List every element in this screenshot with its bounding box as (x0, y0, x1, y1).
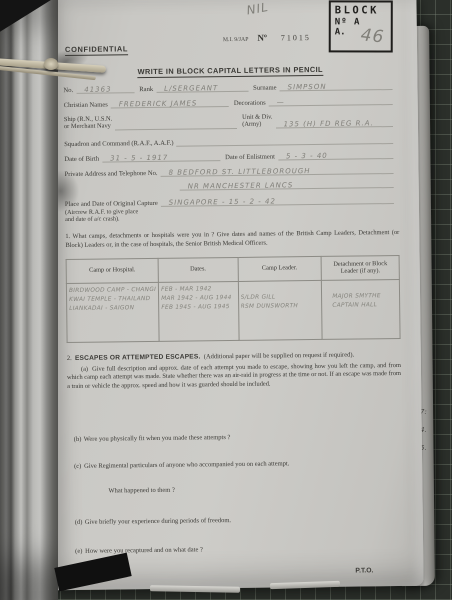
field-label-christian-names: Christian Names (64, 102, 108, 110)
field-value-decorations: — (277, 98, 285, 106)
camp-entry: LIANKADAI - SAIGON (69, 304, 156, 314)
paper-sliver (270, 581, 340, 589)
field-label-ship: Ship (R.N., U.S.N.or Merchant Navy (64, 115, 112, 130)
paper-sliver (150, 585, 240, 593)
form-row-identity: No. 41363 Rank L/SERGEANT Surname SIMPSO… (63, 81, 397, 94)
field-line-rank: L/SERGEANT (156, 83, 248, 93)
field-line-no: 41363 (76, 84, 134, 94)
form-number-label: Nº (257, 33, 267, 43)
question-2a: (a) Give full description and approx. da… (67, 362, 401, 392)
field-line-date-of-enlistment: 5 - 3 - 40 (278, 150, 393, 160)
field-value-rank: L/SERGEANT (164, 84, 218, 93)
field-value-date-of-enlistment: 5 - 3 - 40 (286, 152, 328, 161)
camp-table-header-detachment: Detachment or Block Leader (if any). (321, 255, 399, 280)
question-2c-followup: What happened to them ? (68, 483, 402, 494)
form-row-names: Christian Names FREDERICK JAMES Decorati… (64, 96, 398, 109)
field-label-surname: Surname (253, 84, 277, 91)
field-value-no: 41363 (84, 85, 111, 93)
field-line-decorations: — (269, 96, 393, 107)
camp-table-body-row: BIRDWOOD CAMP - CHANGI KWAI TEMPLE - THA… (66, 279, 400, 342)
detachment-leader-entry: CAPTAIN HALL (324, 301, 397, 311)
block-stamp-word: BLOCK (335, 4, 387, 16)
field-label-no: No. (63, 87, 73, 94)
field-line-surname: SIMPSON (280, 81, 393, 91)
field-label-unit-div: Unit & Div.(Army) (242, 114, 272, 129)
field-value-address-2: NR MANCHESTER LANCS (188, 181, 294, 190)
question-2d: (d) Give briefly your experience during … (69, 514, 403, 525)
field-line-ship (115, 120, 237, 130)
field-value-date-of-birth: 31 - 5 - 1917 (110, 154, 168, 163)
form-row-ship-unit: Ship (R.N., U.S.N.or Merchant Navy Unit … (64, 112, 398, 131)
capture-note: (Aircrew R.A.F. to give place and date o… (65, 205, 399, 225)
form-row-address: Private Address and Telephone No. 8 BEDF… (64, 165, 398, 178)
form-header: CONFIDENTIAL NIL M.I. 9/JAP Nº 71015 BLO… (62, 0, 397, 64)
field-value-unit-div: 135 (H) FD REG R.A. (283, 119, 373, 128)
edge-mark: 4. (420, 426, 436, 434)
edge-mark: 5. (420, 444, 436, 452)
document-bundle-spine (0, 0, 58, 600)
field-line-date-of-birth: 31 - 5 - 1917 (102, 152, 220, 162)
nil-handwritten-annotation: NIL (245, 0, 269, 17)
form-number-value: 71015 (281, 33, 311, 42)
camp-table: Camp or Hospital. Dates. Camp Leader. De… (66, 254, 401, 342)
escapes-heading-note: (Additional paper will be supplied on re… (204, 351, 354, 360)
block-rubber-stamp: BLOCK Nº A A. 46 (329, 0, 393, 52)
edge-pencil-marks: 7: 4. 5. (420, 408, 436, 462)
field-label-date-of-enlistment: Date of Enlistment (225, 153, 275, 161)
page-title: WRITE IN BLOCK CAPITAL LETTERS IN PENCIL (63, 64, 397, 77)
twine-knot (44, 58, 58, 70)
question-1: 1. What camps, detachments or hospitals … (65, 229, 399, 250)
camp-table-cell-detachment: MAJOR SMYTHE CAPTAIN HALL (322, 279, 400, 339)
field-line-address-1: 8 BEDFORD ST. LITTLEBOROUGH (160, 165, 393, 177)
camp-table-cell-leaders: S/LDR GILL RSM DUNSWORTH (238, 280, 322, 340)
field-value-address-1: 8 BEDFORD ST. LITTLEBOROUGH (168, 167, 310, 177)
form-reference-group: M.I. 9/JAP Nº 71015 (223, 27, 311, 46)
camp-table-header-leader: Camp Leader. (238, 256, 322, 281)
field-label-rank: Rank (139, 86, 153, 93)
question-2c: (c) Give Regimental particulars of anyon… (68, 458, 402, 469)
question-2b: (b) Were you physically fit when you mad… (68, 431, 402, 442)
camp-leader-entry: RSM DUNSWORTH (241, 302, 320, 312)
form-row-address-2: NR MANCHESTER LANCS (65, 179, 399, 192)
dates-entry: FEB 1945 - AUG 1945 (161, 303, 235, 313)
field-value-capture: SINGAPORE - 15 - 2 - 42 (169, 197, 276, 206)
field-value-christian-names: FREDERICK JAMES (119, 99, 198, 108)
edge-mark: 7: (420, 408, 436, 416)
block-number-handwritten: 46 (360, 25, 386, 47)
camp-table-header-camp: Camp or Hospital. (66, 258, 158, 283)
camp-entry: BIRDWOOD CAMP - CHANGI (69, 286, 156, 296)
field-line-unit-div: 135 (H) FD REG R.A. (275, 118, 393, 128)
camp-table-header-dates: Dates. (158, 257, 238, 282)
field-label-date-of-birth: Date of Birth (64, 155, 99, 162)
camp-table-cell-camps: BIRDWOOD CAMP - CHANGI KWAI TEMPLE - THA… (66, 282, 159, 342)
photographed-document-scene: 7: 4. 5. CONFIDENTIAL NIL M.I. 9/JAP Nº … (0, 0, 452, 600)
personal-details-section: No. 41363 Rank L/SERGEANT Surname SIMPSO… (63, 81, 399, 224)
question-2-heading: 2. ESCAPES OR ATTEMPTED ESCAPES. (Additi… (67, 351, 401, 362)
question-2e: (e) How were you recaptured and on what … (69, 543, 403, 554)
dates-entry: MAR 1942 - AUG 1944 (161, 294, 235, 304)
form-ref-label: M.I. 9/JAP (223, 37, 249, 43)
form-row-dates: Date of Birth 31 - 5 - 1917 Date of Enli… (64, 150, 398, 163)
confidential-stamp: CONFIDENTIAL (65, 44, 128, 56)
field-line-squadron (176, 135, 393, 147)
field-line-address-2: NR MANCHESTER LANCS (180, 179, 394, 191)
field-label-private-address: Private Address and Telephone No. (65, 170, 158, 178)
field-line-christian-names: FREDERICK JAMES (111, 98, 229, 108)
field-label-capture: Place and Date of Original Capture (65, 200, 158, 208)
field-value-surname: SIMPSON (288, 83, 327, 91)
field-label-squadron: Squadron and Command (R.A.F., A.A.F.) (64, 139, 173, 147)
camp-entry: KWAI TEMPLE - THAILAND (69, 295, 156, 305)
camp-table-cell-dates: FEB - MAR 1942 MAR 1942 - AUG 1944 FEB 1… (159, 281, 239, 341)
paper-sheet: CONFIDENTIAL NIL M.I. 9/JAP Nº 71015 BLO… (44, 0, 423, 590)
form-row-squadron: Squadron and Command (R.A.F., A.A.F.) (64, 135, 398, 148)
field-label-decorations: Decorations (234, 100, 266, 107)
escapes-heading: ESCAPES OR ATTEMPTED ESCAPES. (75, 353, 201, 362)
